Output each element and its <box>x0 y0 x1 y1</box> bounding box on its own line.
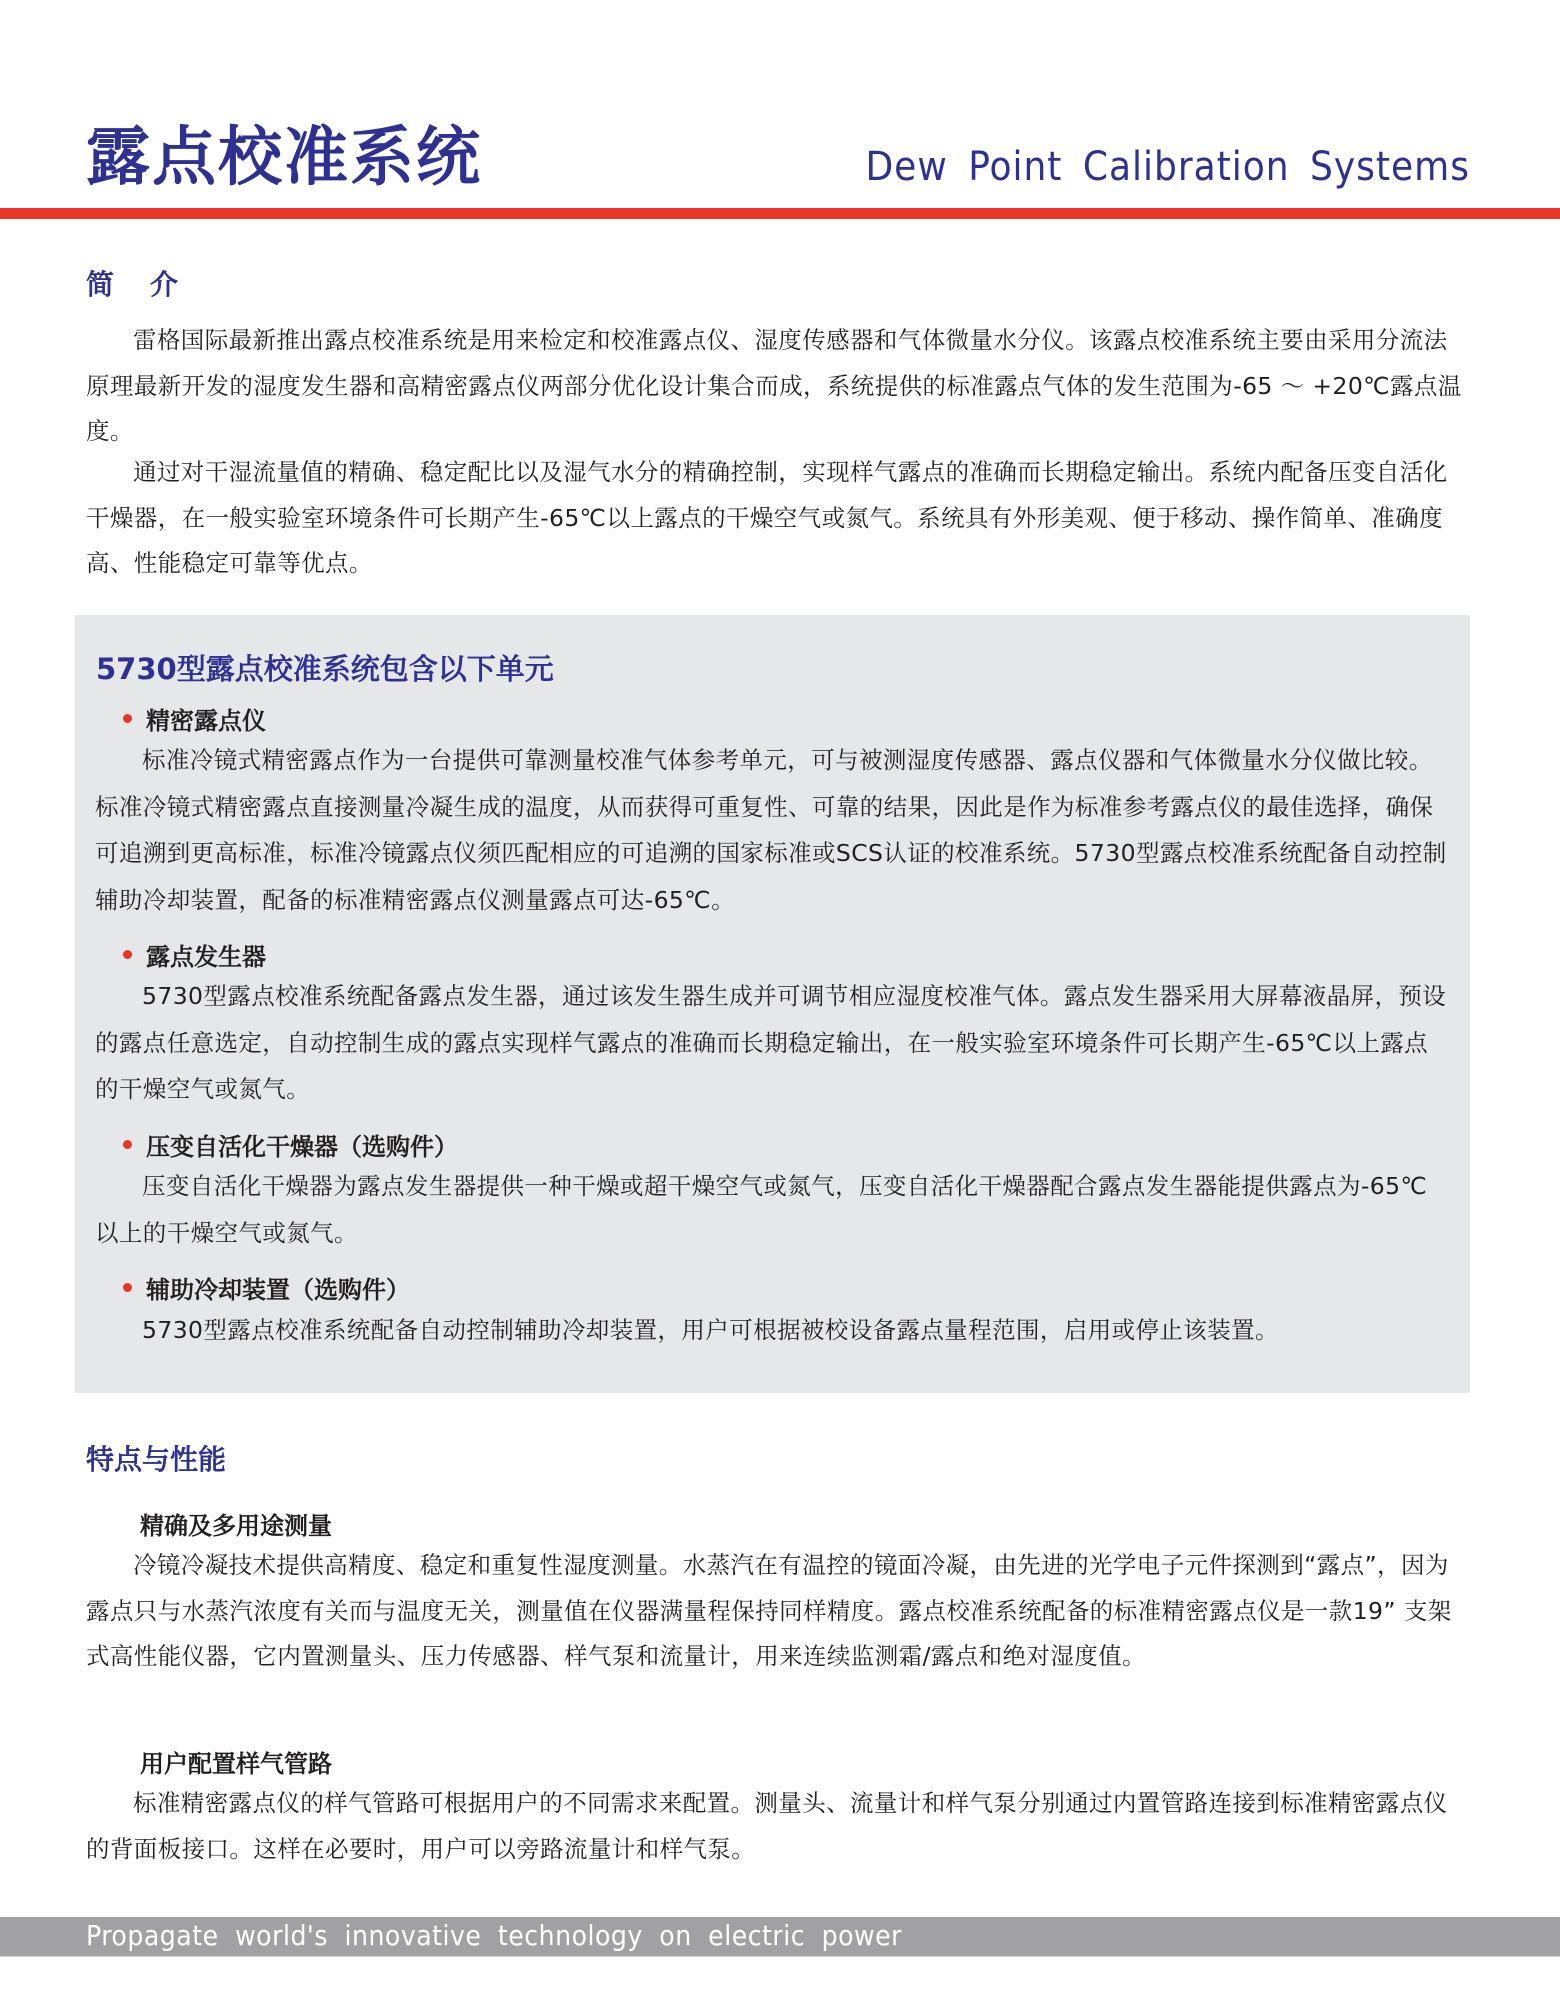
feature-paragraph: 冷镜冷凝技术提供高精度、稳定和重复性湿度测量。水蒸汽在有温控的镜面冷凝，由先进的… <box>86 1543 1470 1680</box>
unit-heading: 辅助冷却装置（选购件） <box>123 1270 410 1305</box>
intro-heading: 简介 <box>86 263 214 303</box>
feature-subheading: 用户配置样气管路 <box>140 1744 332 1779</box>
feature-subheading: 精确及多用途测量 <box>140 1506 332 1541</box>
page-title-en: Dew Point Calibration Systems <box>865 142 1470 192</box>
unit-body: 标准冷镜式精密露点作为一台提供可靠测量校准气体参考单元，可与被测湿度传感器、露点… <box>95 737 1450 923</box>
unit-heading: 压变自活化干燥器（选购件） <box>123 1127 458 1162</box>
page-title-cn: 露点校准系统 <box>86 118 482 198</box>
unit-heading-label: 露点发生器 <box>146 937 266 972</box>
unit-heading-label: 精密露点仪 <box>146 701 266 736</box>
unit-heading-label: 辅助冷却装置（选购件） <box>146 1270 410 1305</box>
bullet-icon <box>123 714 132 723</box>
header-divider <box>0 208 1560 219</box>
bullet-icon <box>123 1140 132 1149</box>
unit-body: 5730型露点校准系统配备自动控制辅助冷却装置，用户可根据被校设备露点量程范围，… <box>95 1307 1450 1354</box>
units-title: 5730型露点校准系统包含以下单元 <box>96 647 554 688</box>
unit-body: 5730型露点校准系统配备露点发生器，通过该发生器生成并可调节相应湿度校准气体。… <box>95 973 1450 1113</box>
units-box: 5730型露点校准系统包含以下单元 精密露点仪 标准冷镜式精密露点作为一台提供可… <box>75 615 1470 1393</box>
intro-paragraph-1: 雷格国际最新推出露点校准系统是用来检定和校准露点仪、湿度传感器和气体微量水分仪。… <box>86 318 1470 455</box>
features-heading: 特点与性能 <box>86 1438 226 1478</box>
footer-slogan: Propagate world's innovative technology … <box>86 1919 902 1953</box>
unit-heading: 精密露点仪 <box>123 701 266 736</box>
bullet-icon <box>123 950 132 959</box>
footer-bar: Propagate world's innovative technology … <box>0 1917 1560 1957</box>
unit-heading-label: 压变自活化干燥器（选购件） <box>146 1127 458 1162</box>
intro-paragraph-2: 通过对干湿流量值的精确、稳定配比以及湿气水分的精确控制，实现样气露点的准确而长期… <box>86 450 1470 587</box>
unit-body: 压变自活化干燥器为露点发生器提供一种干燥或超干燥空气或氮气，压变自活化干燥器配合… <box>95 1163 1450 1256</box>
feature-paragraph: 标准精密露点仪的样气管路可根据用户的不同需求来配置。测量头、流量计和样气泵分别通… <box>86 1781 1470 1872</box>
bullet-icon <box>123 1283 132 1292</box>
unit-heading: 露点发生器 <box>123 937 266 972</box>
